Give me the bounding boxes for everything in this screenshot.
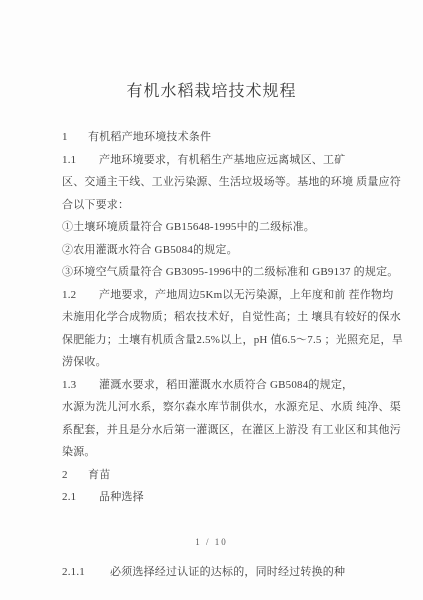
line-text: 水源为洗儿河水系，察尔森水库节制供水，水源充足、水质 纯净、渠 [62, 401, 401, 413]
line-text: 必须选择经过认证的达标的，同时经过转换的种 [110, 566, 345, 578]
text-line: 1.2产地要求，产地周边5Km以无污染源，上年度和前 茬作物均 [62, 284, 383, 307]
text-line: 合以下要求： [62, 194, 383, 217]
text-line: ③环境空气质量符合 GB3095-1996中的二级标准和 GB9137 的规定。 [62, 261, 383, 284]
line-text: 保肥能力；土壤有机质含量2.5%以上，pH 值6.5～7.5 ；光照充足，旱 [62, 334, 403, 346]
line-text: 区、交通主干线、工业污染源、生活垃圾场等。基地的环境 质量应符 [62, 176, 401, 188]
line-text: 未施用化学合成物质；稻农技术好，自觉性高；土 壤具有较好的保水 [62, 311, 401, 323]
text-line: 2.1.1必须选择经过认证的达标的，同时经过转换的种 [62, 561, 383, 584]
text-line: 2.1品种选择 [62, 486, 383, 509]
document-body: 1有机稻产地环境技术条件1.1产地环境要求，有机稻生产基地应远离城区、工矿区、交… [0, 126, 423, 509]
text-line: 2育苗 [62, 464, 383, 487]
section-number: 2.1.1 [62, 561, 110, 584]
page-indicator: 1 / 10 [0, 537, 423, 548]
section-number: 2 [62, 464, 88, 487]
section-number: 1.1 [62, 149, 99, 172]
text-line: 染源。 [62, 441, 383, 464]
line-text: 品种选择 [99, 491, 144, 503]
line-text: 育苗 [88, 469, 110, 481]
line-text: 灌溉水要求，稻田灌溉水水质符合 GB5084的规定， [99, 379, 353, 391]
line-text: ①土壤环境质量符合 GB15648-1995中的二级标准。 [62, 221, 315, 233]
section-number: 1.2 [62, 284, 99, 307]
document-page: 有机水稻栽培技术规程 1有机稻产地环境技术条件1.1产地环境要求，有机稻生产基地… [0, 0, 423, 600]
text-line: ②农用灌溉水符合 GB5084的规定。 [62, 239, 383, 262]
line-text: 系配套，并且是分水后第一灌溉区，在灌区上游没 有工业区和其他污 [62, 424, 401, 436]
line-text: ③环境空气质量符合 GB3095-1996中的二级标准和 GB9137 的规定。 [62, 266, 398, 278]
text-line: 水源为洗儿河水系，察尔森水库节制供水，水源充足、水质 纯净、渠 [62, 396, 383, 419]
text-line: 涝保收。 [62, 351, 383, 374]
text-line: 1.1产地环境要求，有机稻生产基地应远离城区、工矿 [62, 149, 383, 172]
text-line: 保肥能力；土壤有机质含量2.5%以上，pH 值6.5～7.5 ；光照充足，旱 [62, 329, 383, 352]
line-text: 涝保收。 [62, 356, 107, 368]
section-number: 1 [62, 126, 88, 149]
text-line: 系配套，并且是分水后第一灌溉区，在灌区上游没 有工业区和其他污 [62, 419, 383, 442]
line-text: 产地要求，产地周边5Km以无污染源，上年度和前 茬作物均 [99, 289, 393, 301]
line-text: 染源。 [62, 446, 96, 458]
document-body-next-page: 2.1.1必须选择经过认证的达标的，同时经过转换的种 [0, 561, 423, 584]
line-text: 合以下要求： [62, 199, 129, 211]
line-text: 有机稻产地环境技术条件 [88, 131, 211, 143]
line-text: ②农用灌溉水符合 GB5084的规定。 [62, 244, 238, 256]
text-line: 1有机稻产地环境技术条件 [62, 126, 383, 149]
document-title: 有机水稻栽培技术规程 [0, 78, 423, 101]
text-line: 区、交通主干线、工业污染源、生活垃圾场等。基地的环境 质量应符 [62, 171, 383, 194]
line-text: 产地环境要求，有机稻生产基地应远离城区、工矿 [99, 154, 345, 166]
text-line: 1.3灌溉水要求，稻田灌溉水水质符合 GB5084的规定， [62, 374, 383, 397]
section-number: 1.3 [62, 374, 99, 397]
text-line: 未施用化学合成物质；稻农技术好，自觉性高；土 壤具有较好的保水 [62, 306, 383, 329]
text-line: ①土壤环境质量符合 GB15648-1995中的二级标准。 [62, 216, 383, 239]
section-number: 2.1 [62, 486, 99, 509]
